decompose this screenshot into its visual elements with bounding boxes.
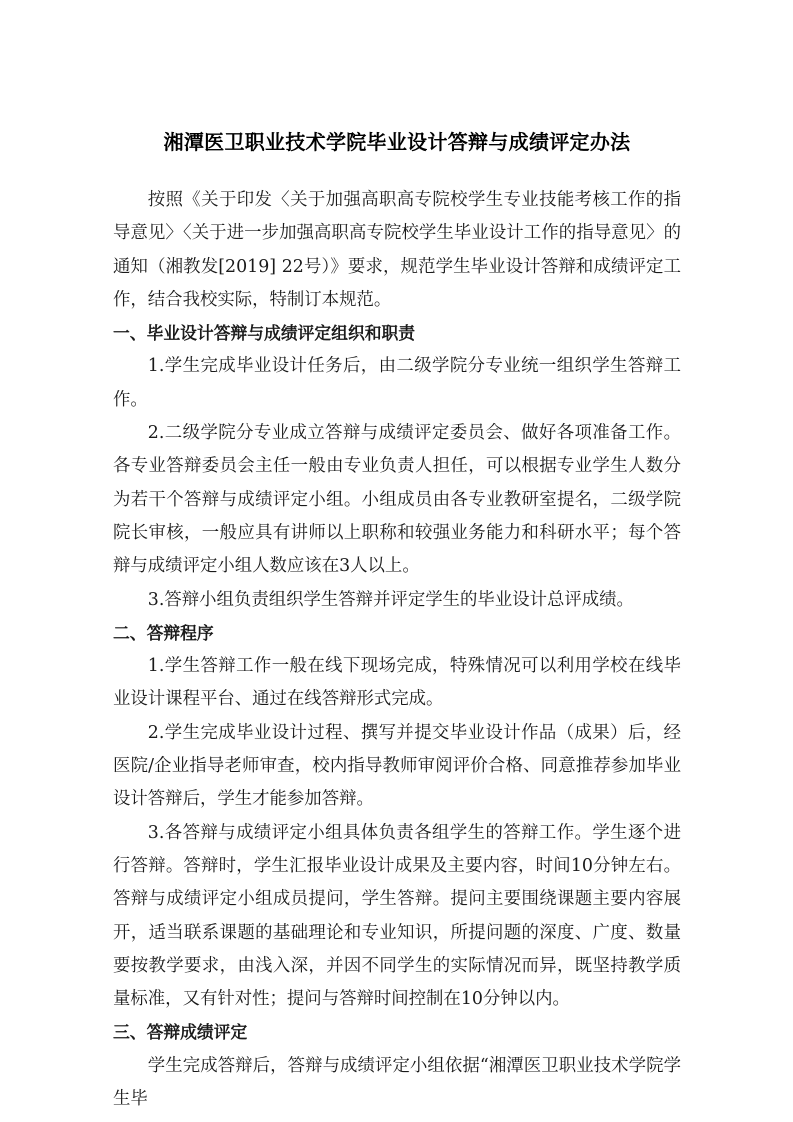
paragraph: 1.学生完成毕业设计任务后，由二级学院分专业统一组织学生答辩工作。	[113, 350, 681, 417]
section-1: 一、毕业设计答辩与成绩评定组织和职责 1.学生完成毕业设计任务后，由二级学院分专…	[113, 317, 681, 617]
section-heading: 二、答辩程序	[113, 617, 681, 650]
paragraph: 2.学生完成毕业设计过程、撰写并提交毕业设计作品（成果）后，经医院/企业指导老师…	[113, 717, 681, 817]
paragraph: 1.学生答辩工作一般在线下现场完成，特殊情况可以利用学校在线毕业设计课程平台、通…	[113, 650, 681, 717]
section-2: 二、答辩程序 1.学生答辩工作一般在线下现场完成，特殊情况可以利用学校在线毕业设…	[113, 617, 681, 1017]
document-body: 按照《关于印发〈关于加强高职高专院校学生专业技能考核工作的指导意见〉〈关于进一步…	[113, 184, 681, 1116]
document-title: 湘潭医卫职业技术学院毕业设计答辩与成绩评定办法	[113, 126, 681, 155]
paragraph: 3.各答辩与成绩评定小组具体负责各组学生的答辩工作。学生逐个进行答辩。答辩时，学…	[113, 817, 681, 1017]
paragraph: 3.答辩小组负责组织学生答辩并评定学生的毕业设计总评成绩。	[113, 584, 681, 617]
section-heading: 一、毕业设计答辩与成绩评定组织和职责	[113, 317, 681, 350]
paragraph: 学生完成答辩后，答辩与成绩评定小组依据“湘潭医卫职业技术学院学生毕	[113, 1050, 681, 1117]
section-3: 三、答辩成绩评定 学生完成答辩后，答辩与成绩评定小组依据“湘潭医卫职业技术学院学…	[113, 1016, 681, 1116]
intro-paragraph: 按照《关于印发〈关于加强高职高专院校学生专业技能考核工作的指导意见〉〈关于进一步…	[113, 184, 681, 317]
paragraph: 2.二级学院分专业成立答辩与成绩评定委员会、做好各项准备工作。各专业答辩委员会主…	[113, 417, 681, 583]
section-heading: 三、答辩成绩评定	[113, 1016, 681, 1049]
